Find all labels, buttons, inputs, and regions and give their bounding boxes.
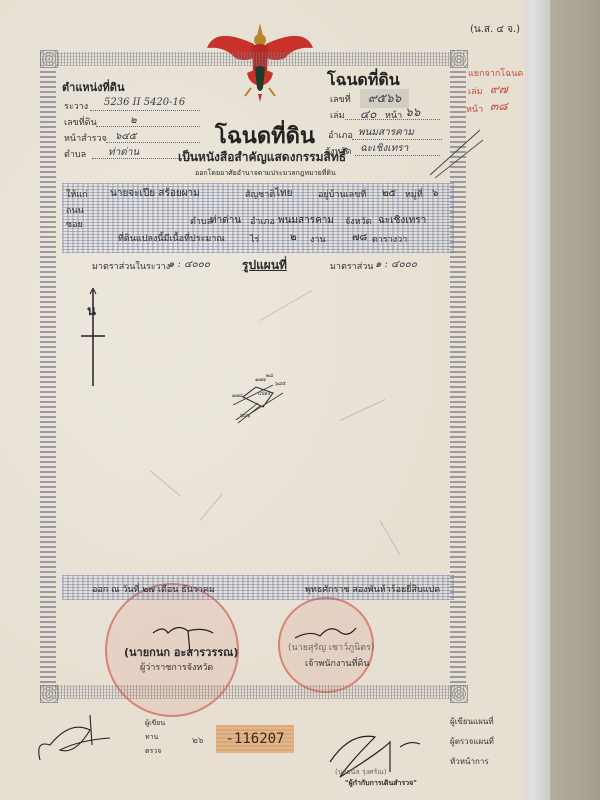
split-volume-label: เล่ม (468, 84, 483, 98)
deed-subtitle: เป็นหนังสือสำคัญแสดงกรรมสิทธิ์ (178, 148, 346, 167)
field-value-province: ฉะเชิงเทรา (360, 141, 408, 156)
owner-tambon-label: ตำบล (190, 214, 212, 228)
deed-paper: (น.ส. ๔ จ.) ตำแหน่งที่ดิน ระวาง 5236 II … (0, 0, 525, 800)
owner-province-label: จังหวัด (345, 214, 372, 228)
field-label-amphoe: อำเภอ (328, 128, 353, 142)
field-value-sheet: 5236 II 5420-16 (104, 97, 185, 108)
issue-date: ออก ณ วันที่ ๒๗ เดือน ธันวาคม (92, 582, 215, 596)
footer-reviewer-label: ทาน (145, 732, 158, 743)
background-table (548, 0, 600, 800)
area-ngan-unit: งาน (310, 232, 326, 246)
security-border-left (40, 68, 56, 683)
corner-ornament (40, 50, 58, 68)
owner-amphoe-value: พนมสารคาม (278, 213, 334, 228)
north-label: น (87, 300, 96, 321)
owner-name: นายจะเปีย สร้อยผาม (110, 186, 200, 201)
split-page-value: ๓๘ (490, 97, 507, 116)
footer-checker-label: ตรวจ (145, 746, 161, 757)
field-value-volume: ๔๐ (360, 105, 376, 124)
map-heading: รูปแผนที่ (242, 256, 287, 275)
moo-label: หมู่ที่ (405, 187, 423, 201)
section-head-label: หัวหน้าการ (450, 755, 489, 768)
split-from-deed-label: แยกจากโฉนด (468, 66, 523, 80)
land-officer-title: เจ้าพนักงานที่ดิน (305, 656, 369, 670)
field-label-survey-page: หน้าสำรวจ (64, 131, 107, 145)
map-checker-label: ผู้ตรวจแผนที่ (450, 735, 494, 748)
clerk-signature (30, 710, 130, 770)
house-no-value: ๒๕ (382, 186, 396, 201)
field-label-sheet: ระวาง (64, 99, 88, 113)
field-label-deed-no: เลขที่ (330, 92, 351, 106)
map-scale-value: ๑ : ๔๐๐๐ (375, 257, 417, 272)
parcel-label: แปลง (258, 390, 270, 398)
land-officer-name: (นายสุรัญ เชาว์ภูนิตร) (288, 640, 374, 654)
sheet-scale-value: ๑ : ๔๐๐๐ (168, 257, 210, 272)
owner-amphoe-label: อำเภอ (250, 214, 275, 228)
field-label-tambon: ตำบล (64, 147, 86, 161)
soi-label: ซอย (66, 217, 83, 231)
map-scale-label: มาตราส่วน (330, 259, 373, 273)
governor-title: ผู้ว่าราชการจังหวัด (140, 660, 213, 674)
neighbor-label: ๑๗๗ (255, 376, 266, 384)
corner-ornament (450, 685, 468, 703)
form-code: (น.ส. ๔ จ.) (470, 22, 520, 37)
footer-writer-label: ผู้เขียน (145, 718, 165, 729)
neighbor-label: ๖๘๖ (240, 412, 250, 420)
owner-province-value: ฉะเชิงเทรา (378, 213, 426, 228)
nationality-label: สัญชาติ (245, 187, 275, 201)
field-label-volume: เล่ม (330, 108, 345, 122)
issue-year: พุทธศักราช สองพันห้าร้อยยี่สิบแปด (305, 582, 440, 596)
area-wa-value: ๗๘ (352, 230, 367, 245)
neighbor-label: ๒๘ (266, 372, 273, 380)
inspector-title: "ผู้กำกับการเดินสำรวจ" (345, 778, 417, 789)
field-value-amphoe: พนมสารคาม (358, 125, 414, 140)
inspector-name: (นายนิล รุ่งศรัณ) (335, 767, 386, 778)
corner-ornament (450, 50, 468, 68)
field-label-province: จังหวัด (325, 144, 352, 158)
deed-authority: ออกโดยอาศัยอำนาจตามประมวลกฎหมายที่ดิน (195, 168, 336, 179)
area-ngan-value: ๒ (290, 230, 297, 245)
corner-ornament (40, 685, 58, 703)
area-rai-unit: ไร่ (250, 232, 259, 246)
neighbor-label: ๖๘๕ (275, 380, 286, 388)
footer-page-number: ๒๖ (192, 733, 204, 747)
field-label-parcel-no: เลขที่ดิน (64, 115, 97, 129)
split-page-label: หน้า (466, 102, 483, 116)
sheet-scale-label: มาตราส่วนในระวาง (92, 259, 170, 273)
map-writer-label: ผู้เขียนแผนที่ (450, 715, 494, 728)
moo-value: ๖ (432, 186, 438, 201)
area-label: ที่ดินแปลงนี้มีเนื้อที่ประมาณ (118, 231, 225, 245)
serial-number-label: -116207 (216, 725, 294, 753)
security-border-top (40, 52, 465, 66)
house-no-label: อยู่บ้านเลขที่ (318, 187, 366, 201)
owner-tambon-value: ท่าด่าน (210, 213, 241, 228)
neighbor-label: ๑๗๘ (232, 392, 243, 400)
area-wa-unit: ตารางวา (372, 232, 407, 246)
governor-name: (นายกนก อะสารวรรณ) (124, 643, 238, 661)
owner-label: ให้แก่ (66, 187, 88, 201)
nationality-value: ไทย (275, 186, 292, 201)
land-position-heading: ตำแหน่งที่ดิน (62, 78, 124, 96)
road-label: ถนน (66, 203, 84, 217)
security-border-bottom (40, 685, 465, 699)
